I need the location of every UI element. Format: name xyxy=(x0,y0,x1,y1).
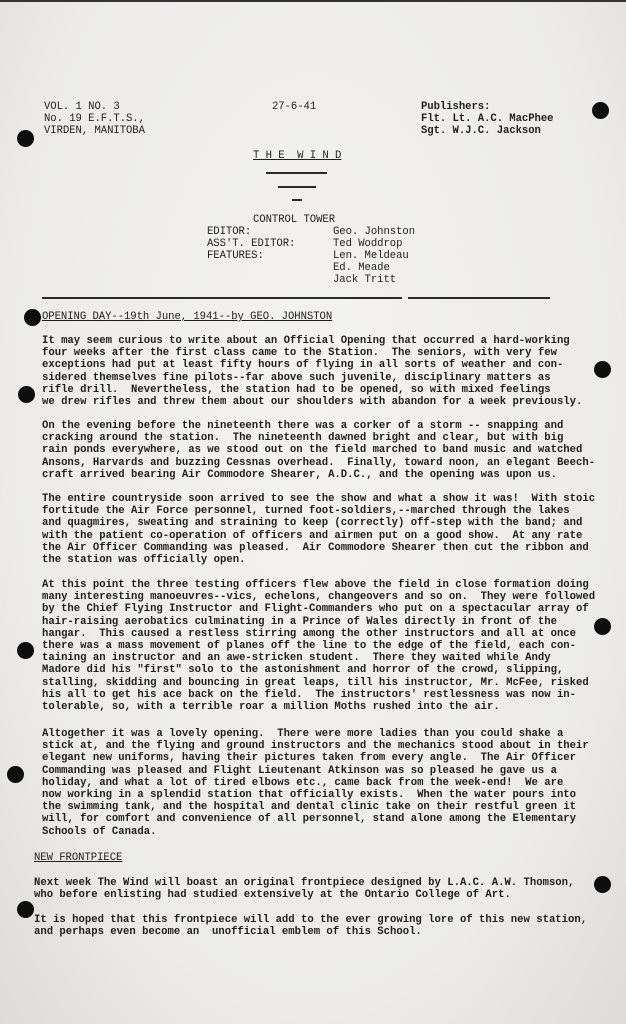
text-line: and perhaps even become an unofficial em… xyxy=(34,926,574,938)
masthead-role: EDITOR: xyxy=(207,226,251,238)
volume-info: VOL. 1 NO. 3 xyxy=(44,101,120,113)
text-line: his all to get his ace back on the field… xyxy=(42,689,582,701)
text-line: stalling, skidding and bouncing in great… xyxy=(42,677,582,689)
text-line: stick at, and the flying and ground inst… xyxy=(42,740,582,752)
text-line: the Air Officer Commanding was pleased. … xyxy=(42,542,582,554)
text-line: holiday, and what a lot of tired elbows … xyxy=(42,777,582,789)
article-paragraph: Altogether it was a lovely opening. Ther… xyxy=(42,728,582,838)
masthead-name: Jack Tritt xyxy=(333,274,396,286)
masthead-name: Ed. Meade xyxy=(333,262,390,274)
masthead-name: Geo. Johnston xyxy=(333,226,415,238)
text-line: On the evening before the nineteenth the… xyxy=(42,420,582,432)
text-line: taining an instructor and an awe-stricke… xyxy=(42,652,582,664)
text-line: Schools of Canada. xyxy=(42,826,582,838)
text-line: elegant new uniforms, having their pictu… xyxy=(42,752,582,764)
text-line: It is hoped that this frontpiece will ad… xyxy=(34,914,574,926)
punch-hole-icon xyxy=(24,309,41,326)
text-line: craft arrived bearing Air Commodore Shea… xyxy=(42,469,582,481)
article-paragraph: At this point the three testing officers… xyxy=(42,579,582,713)
newsletter-title: T H E W I N D xyxy=(253,150,341,162)
text-line: Madore did his "first" solo to the aston… xyxy=(42,664,582,676)
punch-hole-icon xyxy=(592,102,609,119)
article-paragraph: It is hoped that this frontpiece will ad… xyxy=(34,914,574,938)
title-divider xyxy=(278,186,316,188)
article-heading: NEW FRONTPIECE xyxy=(34,852,122,864)
text-line: Next week The Wind will boast an origina… xyxy=(34,877,574,889)
text-line: fortitude the Air Force personnel, turne… xyxy=(42,505,582,517)
text-line: the station was officially open. xyxy=(42,554,582,566)
punch-hole-icon xyxy=(7,766,24,783)
punch-hole-icon xyxy=(17,130,34,147)
publisher-name: Sgt. W.J.C. Jackson xyxy=(421,125,541,137)
punch-hole-icon xyxy=(17,901,34,918)
text-line: and quagmires, sweating and straining to… xyxy=(42,517,582,529)
article-paragraph: It may seem curious to write about an Of… xyxy=(42,335,582,408)
text-line: with the patient co-operation of officer… xyxy=(42,530,582,542)
publisher-name: Flt. Lt. A.C. MacPhee xyxy=(421,113,553,125)
location-info: VIRDEN, MANITOBA xyxy=(44,125,145,137)
text-line: Altogether it was a lovely opening. Ther… xyxy=(42,728,582,740)
punch-hole-icon xyxy=(594,876,611,893)
text-line: many interesting manoeuvres--vics, echel… xyxy=(42,591,582,603)
document-page: VOL. 1 NO. 3 No. 19 E.F.T.S., VIRDEN, MA… xyxy=(0,0,626,1024)
text-line: hair-raising aerobatics culminating in a… xyxy=(42,616,582,628)
punch-hole-icon xyxy=(594,618,611,635)
article-heading: OPENING DAY--19th June, 1941--by GEO. JO… xyxy=(42,311,332,323)
publishers-label: Publishers: xyxy=(421,101,490,113)
punch-hole-icon xyxy=(17,642,34,659)
text-line: The entire countryside soon arrived to s… xyxy=(42,493,582,505)
text-line: rain ponds everywhere, as we stood out o… xyxy=(42,444,582,456)
section-divider xyxy=(408,297,550,299)
text-line: four weeks after the first class came to… xyxy=(42,347,582,359)
section-divider xyxy=(42,297,402,299)
masthead-role: FEATURES: xyxy=(207,250,264,262)
text-line: It may seem curious to write about an Of… xyxy=(42,335,582,347)
article-paragraph: On the evening before the nineteenth the… xyxy=(42,420,582,481)
text-line: will, for comfort and convenience of all… xyxy=(42,813,582,825)
article-paragraph: Next week The Wind will boast an origina… xyxy=(34,877,574,901)
masthead-name: Len. Meldeau xyxy=(333,250,409,262)
title-divider xyxy=(292,199,302,201)
text-line: there was a mass movement of planes off … xyxy=(42,640,582,652)
punch-hole-icon xyxy=(18,386,35,403)
text-line: we drew rifles and threw them about our … xyxy=(42,396,582,408)
masthead-heading: CONTROL TOWER xyxy=(253,214,335,226)
text-line: At this point the three testing officers… xyxy=(42,579,582,591)
title-divider xyxy=(266,172,327,174)
text-line: sidered themselves fine pilots--far abov… xyxy=(42,372,582,384)
text-line: tolerable, so, with a terrible roar a mi… xyxy=(42,701,582,713)
text-line: who before enlisting had studied extensi… xyxy=(34,889,574,901)
text-line: hangar. This caused a restless stirring … xyxy=(42,628,582,640)
text-line: Ansons, Harvards and buzzing Cessnas ove… xyxy=(42,457,582,469)
masthead-name: Ted Woddrop xyxy=(333,238,402,250)
scan-top-edge xyxy=(0,0,626,2)
text-line: now working in a splendid station that o… xyxy=(42,789,582,801)
masthead-role: ASS'T. EDITOR: xyxy=(207,238,295,250)
punch-hole-icon xyxy=(594,361,611,378)
school-info: No. 19 E.F.T.S., xyxy=(44,113,145,125)
text-line: cracking around the station. The ninetee… xyxy=(42,432,582,444)
text-line: by the Chief Flying Instructor and Fligh… xyxy=(42,603,582,615)
text-line: the swimming tank, and the hospital and … xyxy=(42,801,582,813)
article-paragraph: The entire countryside soon arrived to s… xyxy=(42,493,582,566)
text-line: Commanding was pleased and Flight Lieute… xyxy=(42,765,582,777)
text-line: rifle drill. Nevertheless, the station h… xyxy=(42,384,582,396)
issue-date: 27-6-41 xyxy=(272,101,316,113)
text-line: exceptions had put at least fifty hours … xyxy=(42,359,582,371)
